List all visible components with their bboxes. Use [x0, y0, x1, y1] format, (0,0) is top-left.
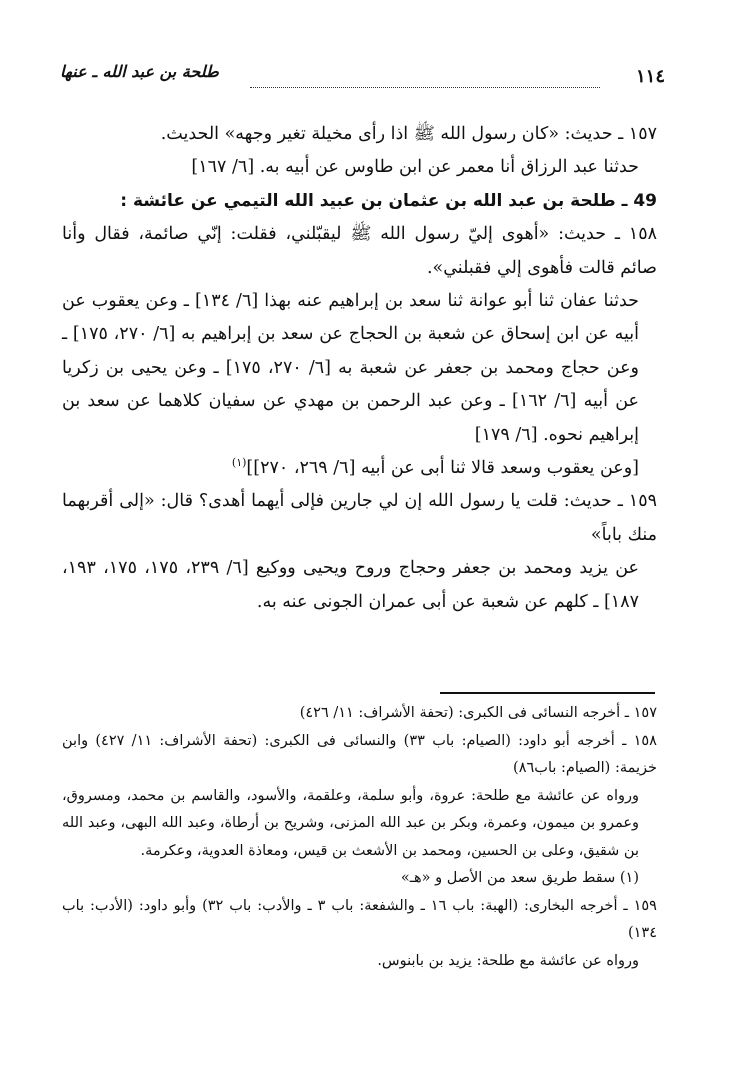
- page-number: ١١٤: [636, 66, 665, 87]
- footnotes: ١٥٧ ـ أخرجه النسائى فى الكبرى: (تحفة الأ…: [62, 700, 657, 975]
- hadith-158: ١٥٨ ـ حديث: «أهوى إليّ رسول الله ﷺ ليقبّ…: [62, 218, 657, 285]
- book-page: طلحة بن عبد الله ـ عنها ١١٤ ١٥٧ ـ حديث: …: [0, 0, 748, 1092]
- running-header: طلحة بن عبد الله ـ عنها ١١٤: [60, 62, 665, 92]
- hadith-158-isnad: حدثنا عفان ثنا أبو عوانة ثنا سعد بن إبرا…: [62, 285, 657, 452]
- hadith-157-isnad: حدثنا عبد الرزاق أنا معمر عن ابن طاوس عن…: [62, 151, 657, 184]
- running-title: طلحة بن عبد الله ـ عنها: [60, 62, 219, 81]
- footnote-157: ١٥٧ ـ أخرجه النسائى فى الكبرى: (تحفة الأ…: [62, 700, 657, 728]
- hadith-159-isnad: عن يزيد ومحمد بن جعفر وحجاج وروح ويحيى و…: [62, 552, 657, 619]
- footnote-ref-1: (١): [232, 456, 247, 469]
- section-heading-49: 49 ـ طلحة بن عبد الله بن عثمان بن عبيد ا…: [62, 185, 657, 218]
- hadith-157: ١٥٧ ـ حديث: «كان رسول الله ﷺ اذا رأى مخي…: [62, 118, 657, 151]
- header-rule: [250, 87, 600, 88]
- footnote-158: ١٥٨ ـ أخرجه أبو داود: (الصيام: باب ٣٣) و…: [62, 728, 657, 783]
- footnote-159: ١٥٩ ـ أخرجه البخارى: (الهبة: باب ١٦ ـ وا…: [62, 893, 657, 948]
- footnote-note-1: (١) سقط طريق سعد من الأصل و «هـ»: [62, 865, 657, 893]
- footnote-158-narrators: ورواه عن عائشة مع طلحة: عروة، وأبو سلمة،…: [62, 783, 657, 866]
- hadith-159: ١٥٩ ـ حديث: قلت يا رسول الله إن لي جارين…: [62, 485, 657, 552]
- footnote-separator: [440, 692, 655, 694]
- hadith-158-isnad-bracketed: [وعن يعقوب وسعد قالا ثنا أبى عن أبيه [٦/…: [62, 452, 657, 485]
- footnote-159-narrators: ورواه عن عائشة مع طلحة: يزيد بن بابنوس.: [62, 948, 657, 976]
- main-text: ١٥٧ ـ حديث: «كان رسول الله ﷺ اذا رأى مخي…: [62, 118, 657, 619]
- bracketed-isnad-text: [وعن يعقوب وسعد قالا ثنا أبى عن أبيه [٦/…: [246, 458, 639, 478]
